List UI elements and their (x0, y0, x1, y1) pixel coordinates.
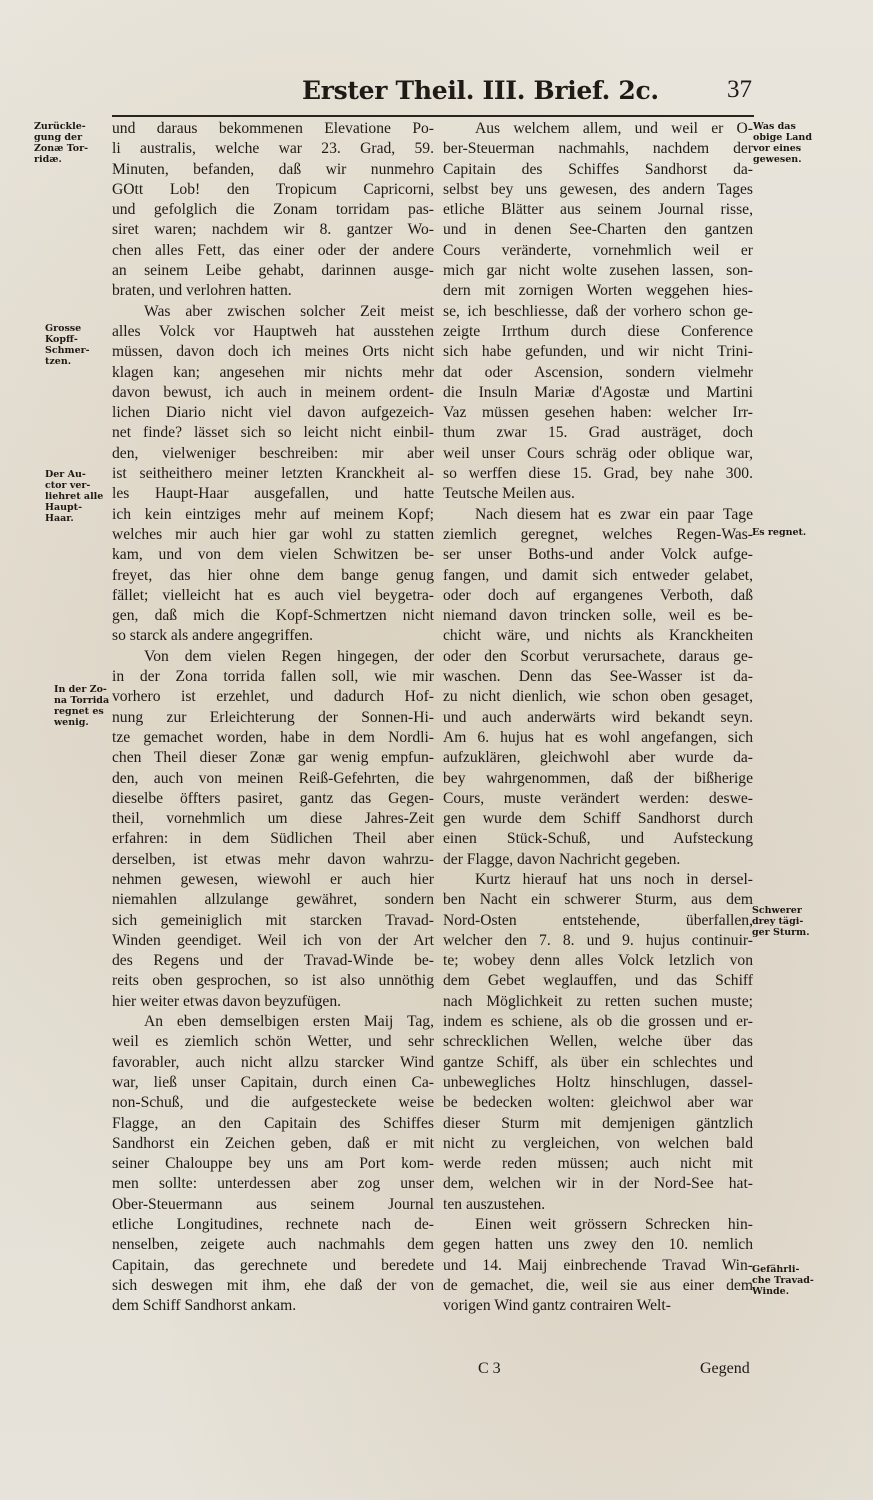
text-line: tze gemachet worden, habe in dem Nordli- (112, 728, 434, 748)
text-line: theil, vornehmlich um diese Jahres-Zeit (112, 809, 434, 829)
text-line: lichen Diario nicht viel davon aufgezeic… (112, 403, 434, 423)
text-line: niemahlen allzulange gewähret, sondern (112, 890, 434, 910)
text-line: mich gar nicht wolte zusehen lassen, son… (443, 261, 753, 281)
text-line: sich habe gefunden, und wir nicht Trini- (443, 342, 753, 362)
text-line: men sollte: unterdessen aber zog unser (112, 1174, 434, 1194)
margin-note-zonae-torridae: Zurückle- gung der Zonæ Tor- ridæ. (34, 121, 88, 165)
catchword: Gegend (700, 1360, 750, 1378)
text-line: gantze Schiff, als über ein schlechtes u… (443, 1053, 753, 1073)
text-line: les Haupt-Haar ausgefallen, und hatte (112, 484, 434, 504)
text-line: dat oder Ascension, sondern vielmehr (443, 363, 753, 383)
text-line: gen, daß mich die Kopf-Schmertzen nicht (112, 606, 434, 626)
text-line: und gefolglich die Zonam torridam pas- (112, 200, 434, 220)
margin-note-obige-land: Was das obige Land vor eines gewesen. (753, 121, 812, 165)
text-line: seiner Chalouppe bey uns am Port kom- (112, 1154, 434, 1174)
text-line: GOtt Lob! den Tropicum Capricorni, (112, 180, 434, 200)
text-line: Flagge, an den Capitain des Schiffes (112, 1114, 434, 1134)
text-line: einen Stück-Schuß, und Aufsteckung (443, 829, 753, 849)
text-line: aufzuklären, gleichwohl aber wurde da- (443, 748, 753, 768)
text-line: so starck als andere angegriffen. (112, 626, 434, 646)
text-line: weil es ziemlich schön Wetter, und sehr (112, 1032, 434, 1052)
text-line: dem Schiff Sandhorst ankam. (112, 1296, 434, 1316)
text-line: dieselbe öffters pasiret, gantz das Gege… (112, 789, 434, 809)
text-line: unbewegliches Holtz hinschlugen, dassel- (443, 1073, 753, 1093)
text-line: nung zur Erleichterung der Sonnen-Hi- (112, 708, 434, 728)
text-line: favorabler, auch nicht allzu starcker Wi… (112, 1053, 434, 1073)
margin-note-travad-winde: Gefährli- che Travad- Winde. (752, 1264, 814, 1297)
text-line: werde reden müssen; auch nicht mit (443, 1154, 753, 1174)
text-line: thum zwar 15. Grad austräget, doch (443, 423, 753, 443)
text-line: braten, und verlohren hatten. (112, 281, 434, 301)
page-number: 37 (727, 76, 752, 104)
text-line: ist seitheithero meiner letzten Kranckhe… (112, 464, 434, 484)
left-text-column: und daraus bekommenen Elevatione Po-li a… (112, 119, 434, 1317)
text-line: freyet, das hier ohne dem bange genug (112, 566, 434, 586)
text-line: war, ließ unser Capitain, durch einen Ca… (112, 1073, 434, 1093)
text-line: an seinem Leibe gehabt, darinnen ausge- (112, 261, 434, 281)
text-line: chen alles Fett, das einer oder der ande… (112, 241, 434, 261)
text-line: kam, und von dem vielen Schwitzen be- (112, 545, 434, 565)
text-line: chicht wäre, und nichts als Kranckheiten (443, 626, 753, 646)
text-line: und in denen See-Charten den gantzen (443, 220, 753, 240)
text-line: dem, welchen wir in der Nord-See hat- (443, 1174, 753, 1194)
page-header: Erster Theil. III. Brief. 2c. 37 (300, 76, 752, 112)
text-line: ziemlich geregnet, welches Regen-Was- (443, 525, 753, 545)
text-line: selbst bey uns gewesen, des andern Tages (443, 180, 753, 200)
text-line: gen wurde dem Schiff Sandhorst durch (443, 809, 753, 829)
text-line: An eben demselbigen ersten Maij Tag, (112, 1012, 434, 1032)
text-line: welches mir auch hier gar wohl zu statte… (112, 525, 434, 545)
text-line: vorigen Wind gantz contrairen Welt- (443, 1296, 753, 1316)
text-line: fangen, und damit sich entweder gelabet, (443, 566, 753, 586)
text-line: zeigte Irrthum durch diese Conference (443, 322, 753, 342)
text-line: ber-Steuerman nachmahls, nachdem der (443, 139, 753, 159)
text-line: net finde? lässet sich so leicht nicht e… (112, 423, 434, 443)
text-line: bey wahrgenommen, daß der bißherige (443, 769, 753, 789)
text-line: etliche Longitudines, rechnete nach de- (112, 1215, 434, 1235)
text-line: nenselben, zeigete auch nachmahls dem (112, 1235, 434, 1255)
text-line: welcher den 7. 8. und 9. hujus continuir… (443, 931, 753, 951)
text-line: die Insuln Mariæ d'Agostæ und Martini (443, 383, 753, 403)
text-line: sich deswegen mit ihm, ehe daß der von (112, 1276, 434, 1296)
text-line: dem Gebet weglauffen, und das Schiff (443, 971, 753, 991)
margin-note-zona-torrida: In der Zo- na Torrida regnet es wenig. (54, 684, 109, 728)
text-line: etliche Blätter aus seinem Journal risse… (443, 200, 753, 220)
text-line: oder doch auf ergangenes Verboth, daß (443, 586, 753, 606)
header-rule (112, 115, 754, 117)
text-line: der Flagge, davon Nachricht gegeben. (443, 850, 753, 870)
text-line: reits oben gesprochen, so ist also unnöt… (112, 971, 434, 991)
text-line: oder den Scorbut verursachete, daraus ge… (443, 647, 753, 667)
text-line: so werffen diese 15. Grad, bey nahe 300. (443, 464, 753, 484)
text-line: Capitain des Schiffes Sandhorst da- (443, 160, 753, 180)
text-line: fället; vielleicht hat es auch viel beyg… (112, 586, 434, 606)
text-line: nach Möglichkeit zu retten suchen muste; (443, 992, 753, 1012)
text-line: sich gemeiniglich mit starcken Travad- (112, 911, 434, 931)
text-line: davon bewust, ich auch in meinem ordent- (112, 383, 434, 403)
text-line: Von dem vielen Regen hingegen, der (112, 647, 434, 667)
text-line: und 14. Maij einbrechende Travad Win- (443, 1256, 753, 1276)
text-line: non-Schuß, und die aufgesteckete weise (112, 1093, 434, 1113)
running-head: Erster Theil. III. Brief. 2c. (302, 76, 659, 105)
book-page: Erster Theil. III. Brief. 2c. 37 und dar… (0, 0, 873, 1500)
margin-note-es-regnet: Es regnet. (752, 527, 806, 538)
text-line: Was aber zwischen solcher Zeit meist (112, 302, 434, 322)
text-line: chen Theil dieser Zonæ gar wenig empfun- (112, 748, 434, 768)
text-line: Cours, muste verändert werden: deswe- (443, 789, 753, 809)
text-line: alles Volck vor Hauptweh hat ausstehen (112, 322, 434, 342)
text-line: Ober-Steuermann aus seinem Journal (112, 1195, 434, 1215)
text-line: li australis, welche war 23. Grad, 59. (112, 139, 434, 159)
text-line: hier weiter etwas davon beyzufügen. (112, 992, 434, 1012)
margin-note-kopff-schmertzen: Grosse Kopff- Schmer- tzen. (45, 323, 90, 367)
text-line: den, vielweniger beschreiben: mir aber (112, 444, 434, 464)
text-line: te; wobey denn alles Volck letzlich von (443, 951, 753, 971)
text-line: des Regens und der Travad-Winde be- (112, 951, 434, 971)
text-line: indem es schiene, als ob die grossen und… (443, 1012, 753, 1032)
text-line: den, auch von meinen Reiß-Gefehrten, die (112, 769, 434, 789)
text-line: Kurtz hierauf hat uns noch in dersel- (443, 870, 753, 890)
text-line: vorhero ist erzehlet, und dadurch Hof- (112, 687, 434, 707)
text-line: Nord-Osten entstehende, überfallen, (443, 911, 753, 931)
text-line: se, ich beschliesse, daß der vorhero sch… (443, 302, 753, 322)
text-line: Minuten, befanden, daß wir nunmehro (112, 160, 434, 180)
text-line: Winden geendiget. Weil ich von der Art (112, 931, 434, 951)
text-line: zu nicht dienlich, wie schon oben gesage… (443, 687, 753, 707)
text-line: Cours veränderte, vornehmlich weil er (443, 241, 753, 261)
margin-note-haupt-haar: Der Au- ctor ver- liehret alle Haupt- Ha… (45, 469, 103, 524)
text-line: Nach diesem hat es zwar ein paar Tage (443, 505, 753, 525)
margin-note-schwerer-sturm: Schwerer drey tägi- ger Sturm. (752, 905, 810, 938)
text-line: Vaz müssen gesehen haben: welcher Irr- (443, 403, 753, 423)
text-line: ten auszustehen. (443, 1195, 753, 1215)
signature-mark: C 3 (478, 1360, 501, 1378)
text-line: ben Nacht ein schwerer Sturm, aus dem (443, 890, 753, 910)
text-line: nehmen gewesen, wiewohl er auch hier (112, 870, 434, 890)
text-line: Am 6. hujus hat es wohl angefangen, sich (443, 728, 753, 748)
text-line: derselben, ist etwas mehr davon wahrzu- (112, 850, 434, 870)
text-line: Sandhorst ein Zeichen geben, daß er mit (112, 1134, 434, 1154)
text-line: dern mit zornigen Worten weggehen hies- (443, 281, 753, 301)
text-line: weil unser Cours schräg oder oblique war… (443, 444, 753, 464)
text-line: Einen weit grössern Schrecken hin- (443, 1215, 753, 1235)
text-line: schrecklichen Wellen, welche über das (443, 1032, 753, 1052)
text-line: müssen, davon doch ich meines Orts nicht (112, 342, 434, 362)
text-line: Teutsche Meilen aus. (443, 484, 753, 504)
right-text-column: Aus welchem allem, und weil er O-ber-Ste… (443, 119, 753, 1317)
text-line: gegen hatten uns zwey den 10. nemlich (443, 1235, 753, 1255)
text-line: Capitain, das gerechnete und beredete (112, 1256, 434, 1276)
text-line: Aus welchem allem, und weil er O- (443, 119, 753, 139)
text-line: ser unser Boths-und ander Volck aufge- (443, 545, 753, 565)
text-line: ich kein eintziges mehr auf meinem Kopf; (112, 505, 434, 525)
text-line: waschen. Denn das See-Wasser ist da- (443, 667, 753, 687)
text-line: dieser Sturm mit demjenigen gäntzlich (443, 1114, 753, 1134)
text-line: nicht zu vergleichen, von welchen bald (443, 1134, 753, 1154)
text-line: siret waren; nachdem wir 8. gantzer Wo- (112, 220, 434, 240)
text-line: erfahren: in dem Südlichen Theil aber (112, 829, 434, 849)
text-line: be bedecken wolten: gleichwol aber war (443, 1093, 753, 1113)
text-line: und auch anderwärts wird bekandt seyn. (443, 708, 753, 728)
text-line: niemand davon trincken solle, weil es be… (443, 606, 753, 626)
text-line: und daraus bekommenen Elevatione Po- (112, 119, 434, 139)
text-line: klagen kan; angesehen mir nichts mehr (112, 363, 434, 383)
text-line: de gemachet, die, weil sie aus einer dem (443, 1276, 753, 1296)
text-line: in der Zona torrida fallen soll, wie mir (112, 667, 434, 687)
